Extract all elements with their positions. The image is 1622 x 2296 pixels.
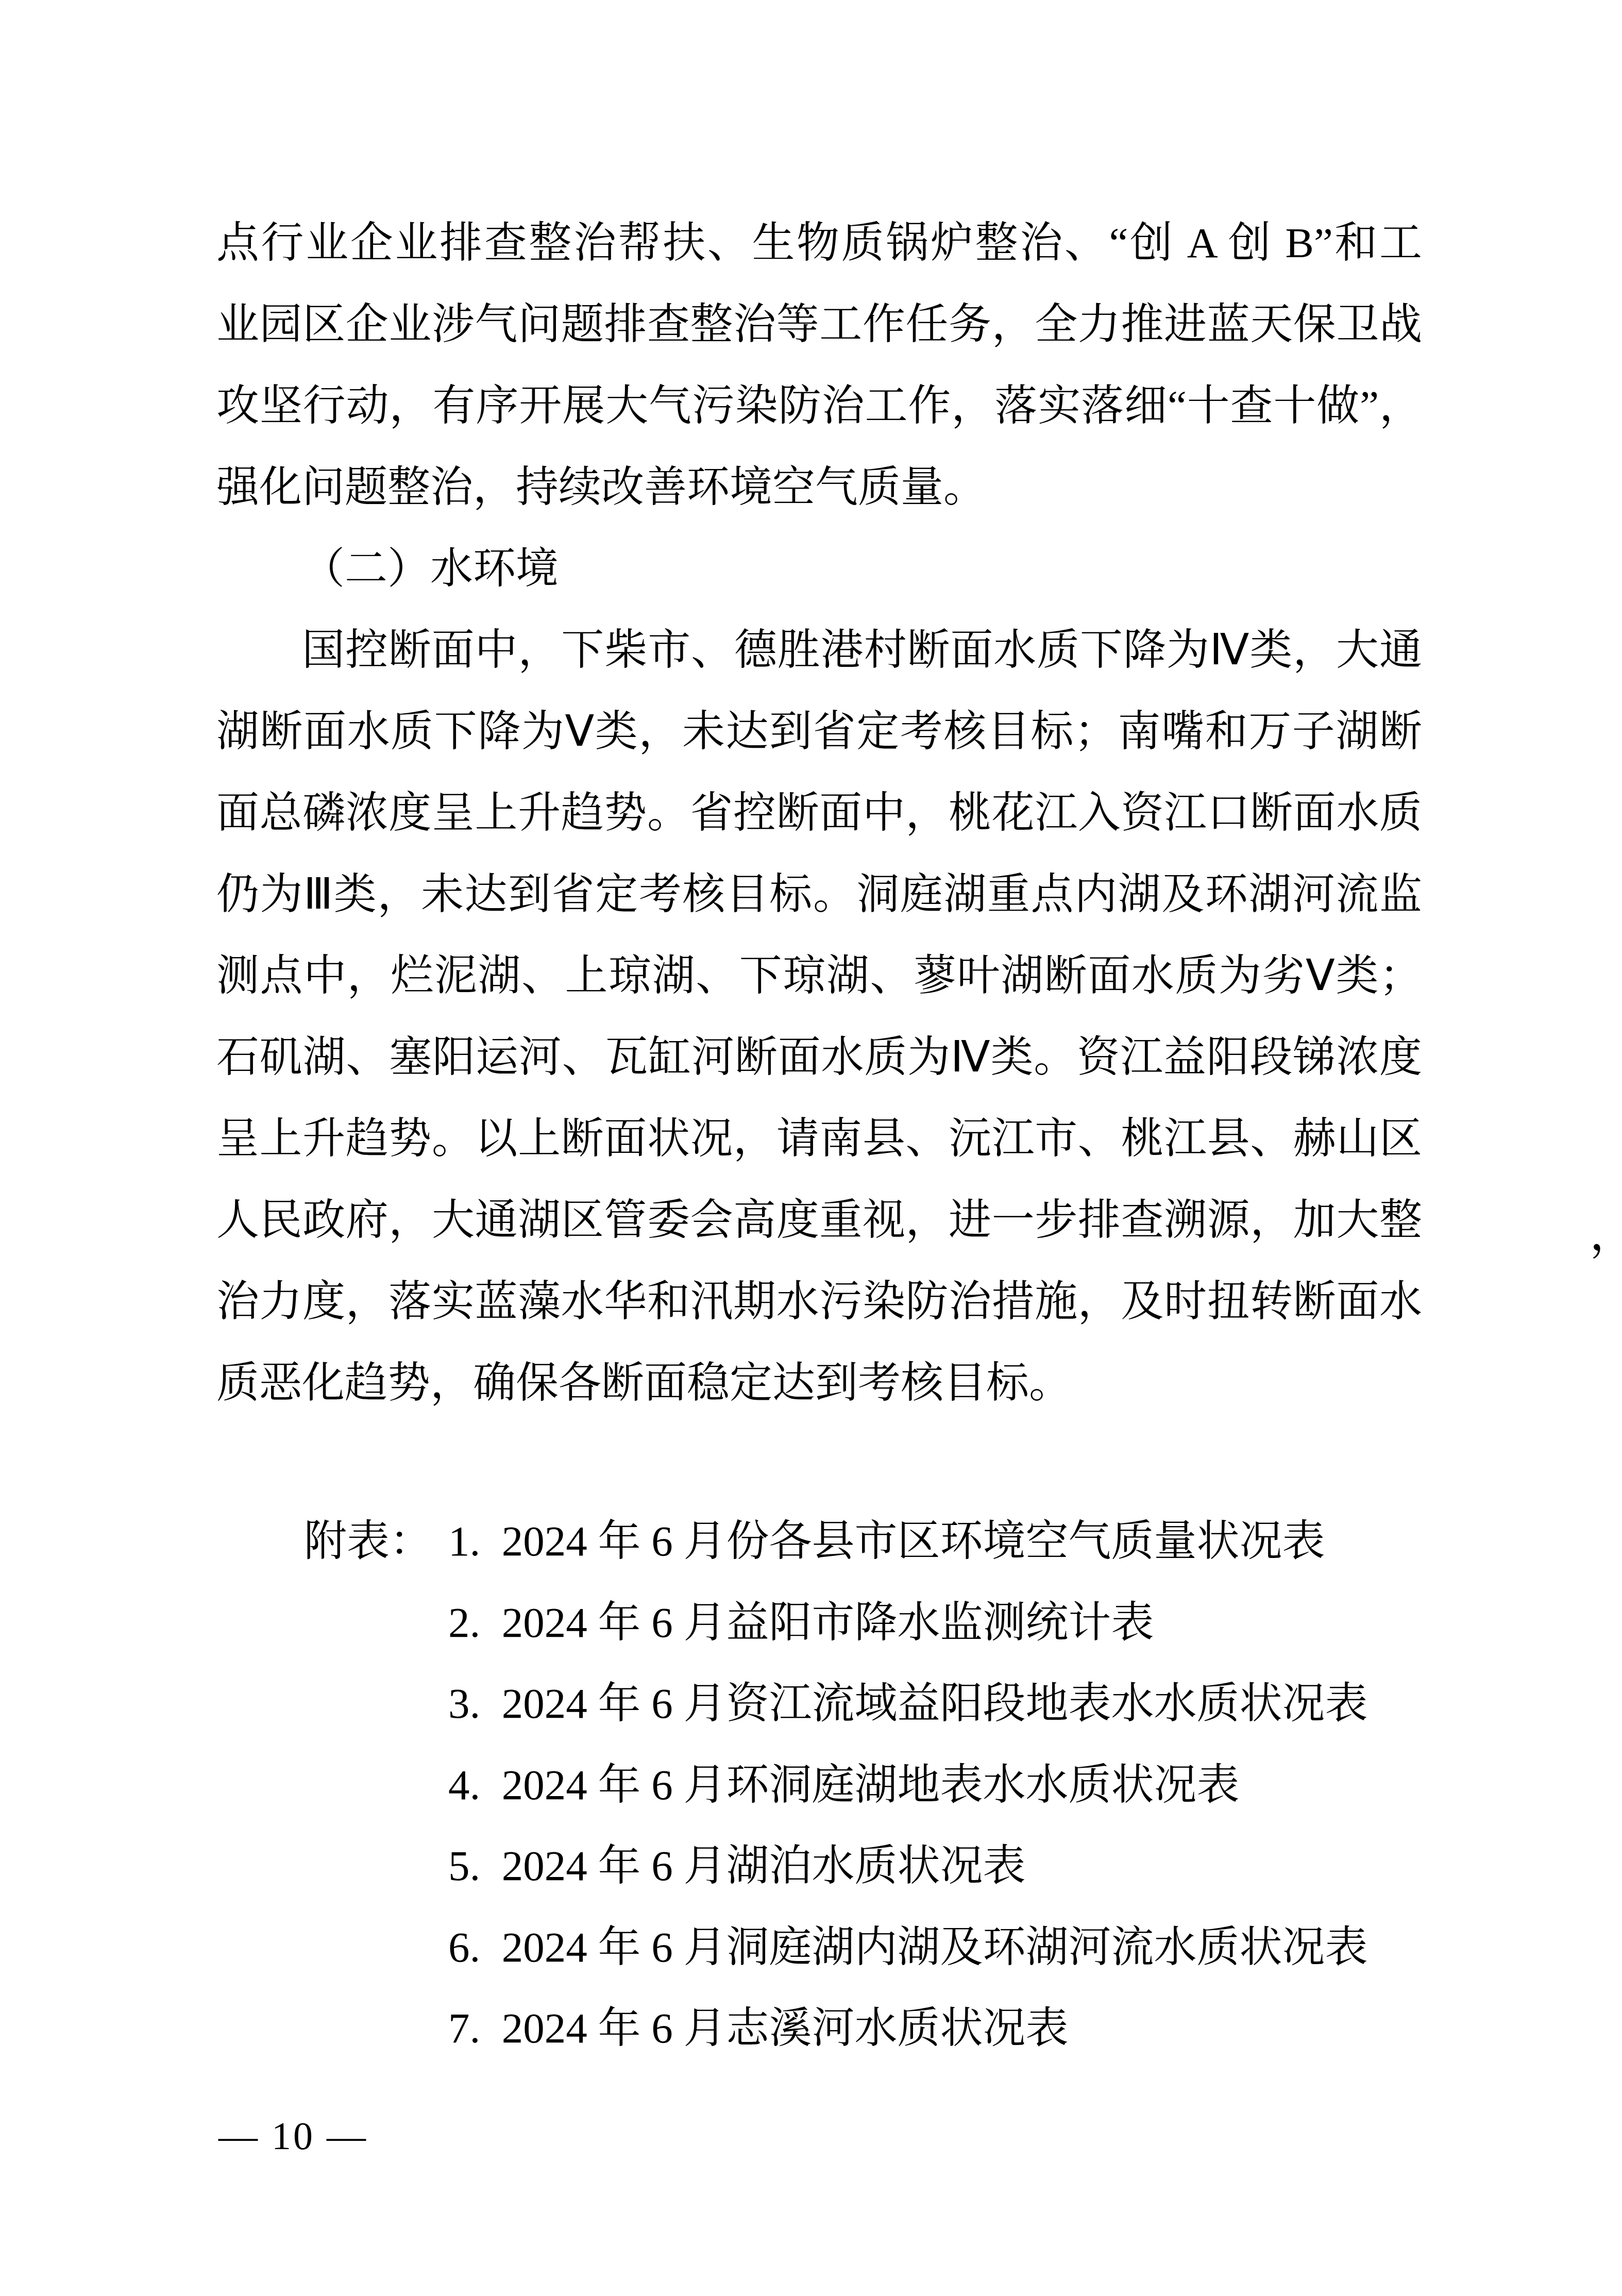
document-page: 点行业企业排查整治帮扶、生物质锅炉整治、“创 A 创 B”和工 业园区企业涉气问… [0,0,1622,2296]
attachments-list: 附表：1. 2024 年 6 月份各县市区环境空气质量状况表 2. 2024 年… [216,1501,1422,2069]
attachments-label: 附表： [304,1501,448,1582]
scan-artifact-mark: ， [1590,1211,1622,1258]
water-paragraph-line: 面总磷浓度呈上升趋势。省控断面中，桃花江入资江口断面水质 [216,772,1422,853]
water-paragraph-line: 人民政府，大通湖区管委会高度重视，进一步排查溯源，加大整 [216,1179,1422,1261]
air-paragraph-line: 业园区企业涉气问题排查整治等工作任务，全力推进蓝天保卫战 [216,283,1422,365]
attachment-item: 4. 2024 年 6 月环洞庭湖地表水水质状况表 [216,1745,1422,1826]
water-paragraph-line: 仍为Ⅲ类，未达到省定考核目标。洞庭湖重点内湖及环湖河流监 [216,853,1422,935]
water-paragraph-line: 石矶湖、塞阳运河、瓦缸河断面水质为Ⅳ类。资江益阳段锑浓度 [216,1016,1422,1098]
attachment-item: 6. 2024 年 6 月洞庭湖内湖及环湖河流水质状况表 [216,1907,1422,1988]
attachment-item: 5. 2024 年 6 月湖泊水质状况表 [216,1825,1422,1907]
water-section-heading: （二）水环境 [216,528,1422,609]
page-number: — 10 — [218,2115,368,2158]
page-body-text: 点行业企业排查整治帮扶、生物质锅炉整治、“创 A 创 B”和工 业园区企业涉气问… [216,202,1422,1423]
attachment-item: 2. 2024 年 6 月益阳市降水监测统计表 [216,1582,1422,1664]
air-paragraph-line: 点行业企业排查整治帮扶、生物质锅炉整治、“创 A 创 B”和工 [216,202,1422,283]
water-paragraph-line: 国控断面中，下柴市、德胜港村断面水质下降为Ⅳ类，大通 [216,609,1422,691]
water-paragraph-line: 测点中，烂泥湖、上琼湖、下琼湖、蓼叶湖断面水质为劣Ⅴ类； [216,935,1422,1016]
attachment-item: 7. 2024 年 6 月志溪河水质状况表 [216,1988,1422,2069]
air-paragraph-line: 攻坚行动，有序开展大气污染防治工作，落实落细“十查十做”， [216,365,1422,446]
attachment-item: 3. 2024 年 6 月资江流域益阳段地表水水质状况表 [216,1663,1422,1745]
water-paragraph-line: 治力度，落实蓝藻水华和汛期水污染防治措施，及时扭转断面水 [216,1261,1422,1342]
water-paragraph-line: 呈上升趋势。以上断面状况，请南县、沅江市、桃江县、赫山区 [216,1098,1422,1179]
water-paragraph-line: 湖断面水质下降为Ⅴ类，未达到省定考核目标；南嘴和万子湖断 [216,691,1422,772]
attachment-item: 1. 2024 年 6 月份各县市区环境空气质量状况表 [448,1517,1325,1565]
attachments-first-line: 附表：1. 2024 年 6 月份各县市区环境空气质量状况表 [216,1501,1422,1582]
page-footer: — 10 — [218,2108,368,2165]
air-paragraph-line: 强化问题整治，持续改善环境空气质量。 [216,446,1422,528]
water-paragraph-line: 质恶化趋势，确保各断面稳定达到考核目标。 [216,1342,1422,1423]
